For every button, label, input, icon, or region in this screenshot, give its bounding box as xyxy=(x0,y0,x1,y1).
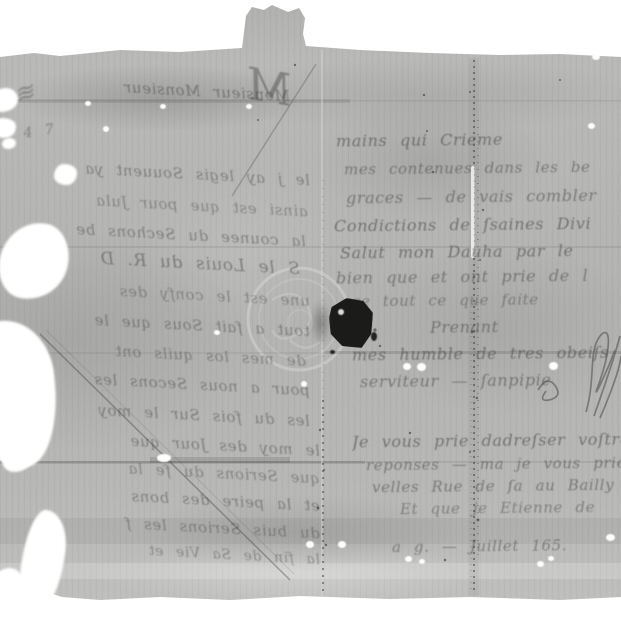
handwriting-line: graces — de vais combler xyxy=(346,187,621,207)
paper-pinhole xyxy=(306,541,314,548)
paper-pinhole xyxy=(537,561,544,567)
handwriting-line: mains qui Crieme xyxy=(336,130,621,151)
paper-pinhole xyxy=(157,454,171,462)
paper-pinhole xyxy=(405,556,412,562)
ink-blot-satellite xyxy=(330,350,335,354)
paper-pinhole xyxy=(548,556,554,561)
handwriting-line: Et que je Etienne de xyxy=(400,499,600,518)
handwriting-line: mes contenues dans les be xyxy=(344,159,621,178)
paper-pinhole xyxy=(417,363,426,371)
paper-hole xyxy=(54,164,77,185)
handwriting-line: mes humble de tres obeiſs xyxy=(352,344,621,364)
handwriting-line: serviteur — ſanpipie xyxy=(360,371,590,391)
paper-pinhole xyxy=(588,123,595,129)
handwriting-line: Prenant xyxy=(430,317,590,336)
letter-sheet: M Monsieur Monsieur ≋ – 4 7 le j ay legi… xyxy=(0,0,621,621)
handwriting-line: reponses — ma je vous prie xyxy=(366,455,621,474)
paper-pinhole xyxy=(246,104,252,109)
paper-pinhole xyxy=(592,54,600,60)
paper-pinhole xyxy=(160,104,166,109)
paper-pinhole xyxy=(419,559,425,564)
document-scan: M Monsieur Monsieur ≋ – 4 7 le j ay legi… xyxy=(0,0,621,621)
handwriting-line: Je vous prie dadreſser voſtre xyxy=(352,431,621,451)
paper-tear xyxy=(0,568,26,616)
paper-pinhole xyxy=(301,381,307,387)
handwriting-line: velles Rue de ſa au Bailly xyxy=(372,477,621,496)
paper-pinhole xyxy=(85,101,91,106)
ink-smudge xyxy=(310,300,332,346)
handwriting-line: bien que et ont prie de l xyxy=(336,267,621,288)
paper-pinhole xyxy=(549,362,558,370)
date-line: a g. — Juillet 165. xyxy=(392,537,602,556)
handwriting-line: Condictions de ſsaines Divi xyxy=(334,214,621,235)
paper-pinhole xyxy=(214,330,220,335)
blot-pinhole xyxy=(338,309,344,315)
paper-pinhole xyxy=(338,541,346,548)
paper-pinhole xyxy=(403,363,411,370)
handwriting-line: Salut mon Dauha par le xyxy=(340,242,621,263)
paper-pinhole xyxy=(103,126,109,132)
handwriting-line: ce tout ce que faite xyxy=(352,291,612,310)
paper-pinhole xyxy=(606,534,615,541)
ink-blot-satellite xyxy=(371,332,377,341)
